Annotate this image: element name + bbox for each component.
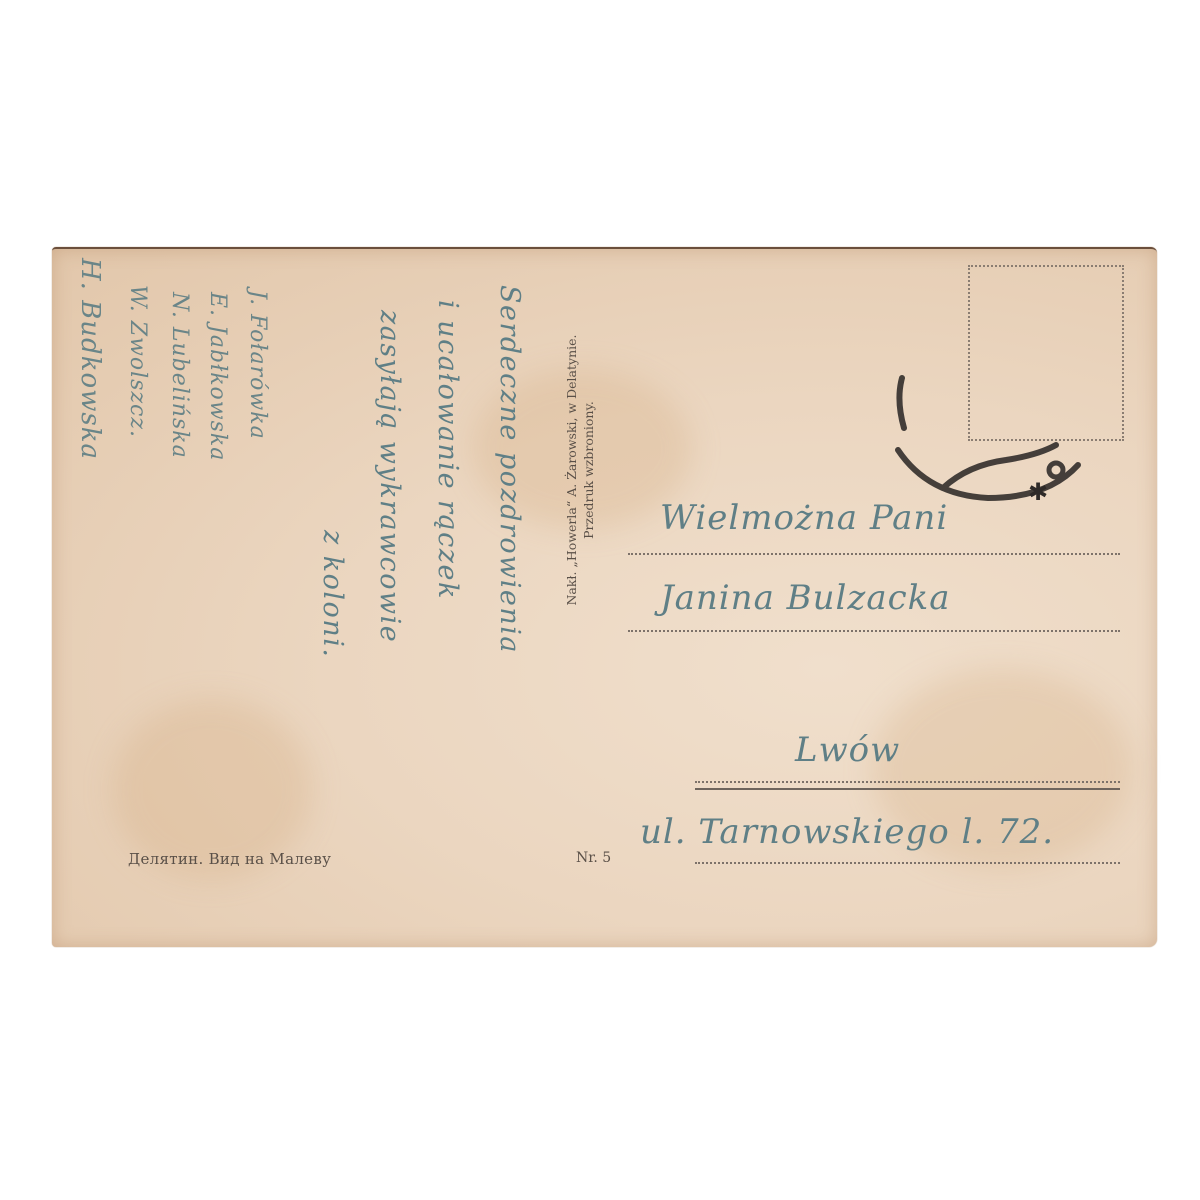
message-line-2: i ucałowanie rączek [432, 300, 463, 600]
address-line-1 [628, 553, 1120, 555]
signature-2: E. Jabłkowska [205, 292, 230, 461]
address-city: Lwów [795, 730, 900, 770]
publisher-imprint: Nakł. „Howerla“ A. Żarowski, w Delatynie… [563, 320, 597, 620]
postcard-number: Nr. 5 [576, 850, 611, 866]
signature-3: N. Lubelińska [167, 292, 192, 459]
message-line-3: zasyłają wykrawcowie [374, 310, 405, 643]
svg-text:✱: ✱ [1028, 478, 1048, 505]
address-line-3 [695, 781, 1120, 783]
copyright-line: Przedruk wzbroniony. [580, 320, 597, 620]
address-line-2 [628, 630, 1120, 632]
address-recipient: Janina Bulzacka [660, 578, 951, 618]
signature-4: W. Zwolszcz. [125, 285, 150, 438]
postcard-caption: Делятин. Вид на Малеву [128, 850, 331, 868]
address-salutation: Wielmożna Pani [660, 498, 948, 538]
message-line-1: Serdeczne pozdrowienia [494, 285, 525, 654]
address-street: ul. Tarnowskiego l. 72. [640, 812, 1054, 852]
address-line-4 [695, 862, 1120, 864]
signature-5: H. Budkowska [75, 258, 105, 460]
postmark-icon: ✱ [888, 370, 1093, 505]
message-line-4: z koloni. [317, 530, 348, 658]
signature-1: J. Fołarówka [245, 290, 270, 440]
publisher-line: Nakł. „Howerla“ A. Żarowski, w Delatynie… [563, 320, 580, 620]
address-line-3-solid [695, 788, 1120, 790]
